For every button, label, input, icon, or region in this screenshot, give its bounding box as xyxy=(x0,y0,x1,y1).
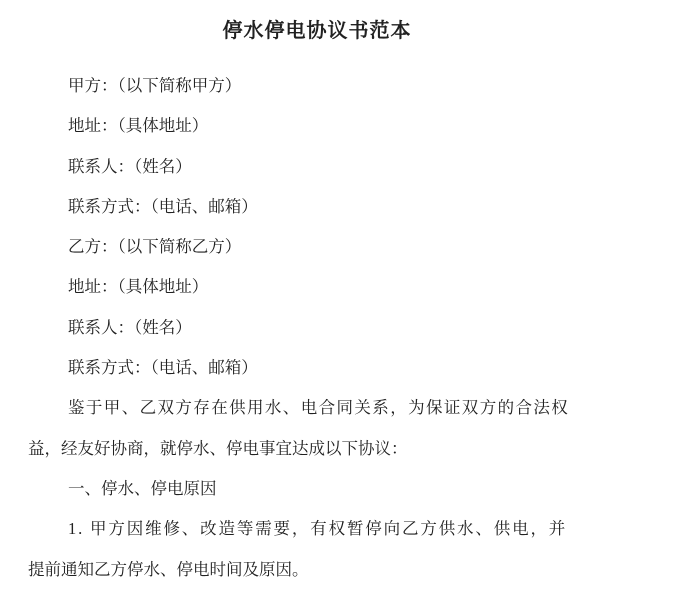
document-line-contact-info-b: 联系方式：（电话、邮箱） xyxy=(28,348,570,388)
document-page: 停水停电协议书范本 甲方：（以下简称甲方） 地址：（具体地址） 联系人：（姓名）… xyxy=(0,0,680,594)
document-line-contact-b: 联系人：（姓名） xyxy=(28,308,570,348)
document-line-contact-info-a: 联系方式：（电话、邮箱） xyxy=(28,187,570,227)
document-line-section-heading: 一、停水、停电原因 xyxy=(28,469,570,509)
document-line-preamble-1: 鉴于甲、乙双方存在供用水、电合同关系，为保证双方的合法权 xyxy=(28,388,570,428)
document-line-address-a: 地址：（具体地址） xyxy=(28,106,570,146)
document-line-clause-1b: 提前通知乙方停水、停电时间及原因。 xyxy=(28,550,570,590)
document-body: 甲方：（以下简称甲方） 地址：（具体地址） 联系人：（姓名） 联系方式：（电话、… xyxy=(0,66,570,590)
document-line-address-b: 地址：（具体地址） xyxy=(28,267,570,307)
document-line-party-b: 乙方：（以下简称乙方） xyxy=(28,227,570,267)
document-line-contact-a: 联系人：（姓名） xyxy=(28,147,570,187)
document-title: 停水停电协议书范本 xyxy=(0,0,606,46)
document-line-preamble-2: 益，经友好协商，就停水、停电事宜达成以下协议： xyxy=(28,429,570,469)
document-line-clause-1a: 1. 甲方因维修、改造等需要，有权暂停向乙方供水、供电，并 xyxy=(28,509,570,549)
document-line-party-a: 甲方：（以下简称甲方） xyxy=(28,66,570,106)
